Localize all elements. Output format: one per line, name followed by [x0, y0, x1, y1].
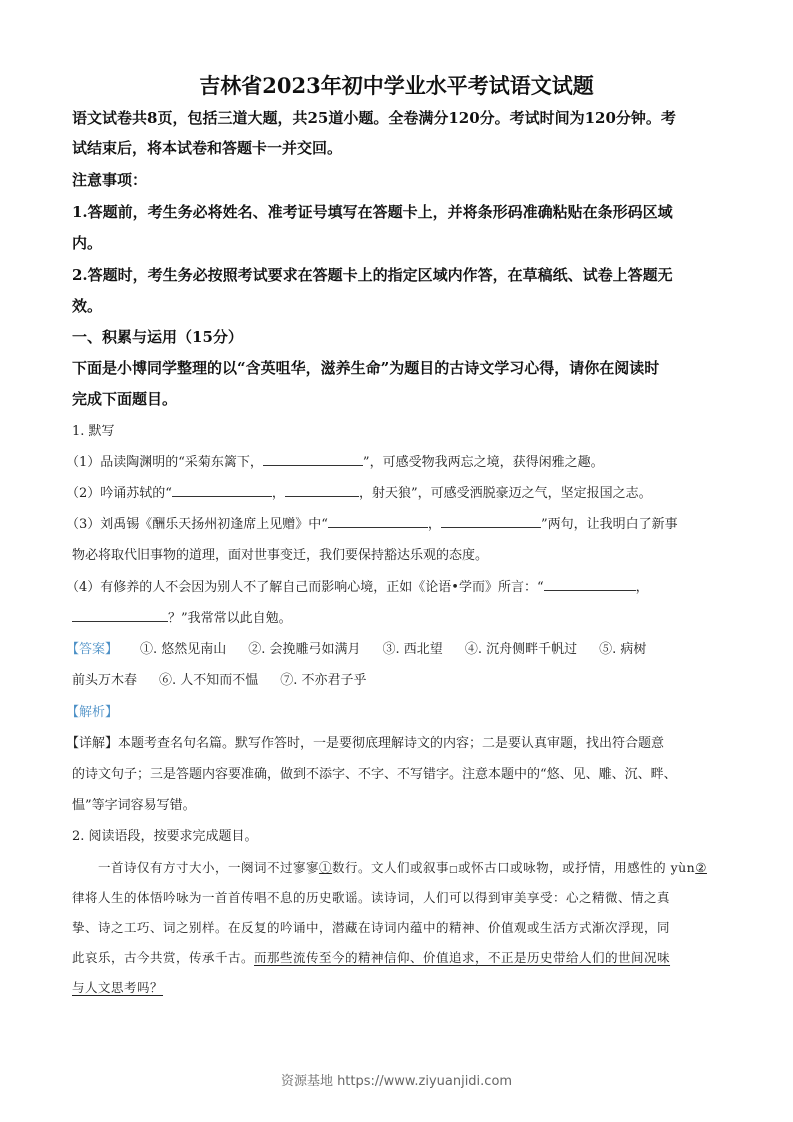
detail-line-2: 的诗文句子；三是答题内容要准确，做到不添字、不字、不写错字。注意本题中的“悠、见… — [72, 759, 722, 790]
blank-marker-1: ① — [319, 860, 332, 875]
question-1-item-4: （4）有修养的人不会因为别人不了解自己而影响心境，正如《论语•学而》所言：“， — [66, 572, 716, 603]
blank-marker-2: ② — [695, 860, 707, 875]
answer-line-2: 前头万木春⑥. 人不知而不愠⑦. 不亦君子乎 — [72, 665, 722, 696]
passage-text: 或咏物，或抒情，用感性的 yùn — [510, 860, 695, 875]
underlined-sentence-end: 与人文思考吗？ — [72, 980, 163, 995]
question-1-item-3-line-2: 物必将取代旧事物的道理，面对世事变迁，我们要保持豁达乐观的态度。 — [72, 540, 722, 571]
q1-item-1-post: ”，可感受物我两忘之境，获得闲雅之趣。 — [363, 455, 604, 470]
passage-line-1: 一首诗仅有方寸大小，一阕词不过寥寥①数行。文人们或叙事□或怀古口或咏物，或抒情，… — [72, 853, 722, 885]
section-1-lead-line-2: 完成下面题目。 — [72, 384, 722, 414]
notice-2-line-1: 2.答题时，考生务必按照考试要求在答题卡上的指定区域内作答，在草稿纸、试卷上答题… — [72, 260, 722, 290]
section-1-lead-line-1: 下面是小博同学整理的以“含英咀华，滋养生命”为题目的古诗文学习心得，请你在阅读时 — [72, 353, 722, 383]
question-1-item-4-line-2: ？”我常常以此自勉。 — [72, 603, 722, 634]
underlined-sentence: 而那些流传至今的精神信仰、价值追求，不正是历史带给人们的世间况味 — [254, 950, 670, 965]
answer-4: ④. 沉舟侧畔千帆过 — [465, 642, 577, 657]
answer-3: ③. 西北望 — [383, 642, 443, 657]
q1-item-3-pre: （3）刘禹锡《酬乐天扬州初逢席上见赠》中“ — [66, 517, 328, 532]
answer-6: ⑥. 人不知而不愠 — [159, 673, 258, 688]
question-1-item-2: （2）吟诵苏轼的“，，射天狼”，可感受洒脱豪迈之气，坚定报国之志。 — [66, 478, 716, 509]
passage-line-5: 与人文思考吗？ — [72, 973, 722, 1003]
notice-2-line-2: 效。 — [72, 291, 722, 321]
answer-blank-5[interactable] — [441, 513, 541, 528]
passage-line-2: 律将人生的体悟吟咏为一首首传唱不息的历史歌谣。读诗词，人们可以得到审美享受：心之… — [72, 883, 722, 913]
q1-item-2-mid: ， — [272, 486, 285, 501]
section-1-heading: 一、积累与运用（15分） — [72, 322, 722, 352]
answer-5-part-1: ⑤. 病树 — [599, 642, 646, 657]
document-title: 吉林省2023年初中学业水平考试语文试题 — [0, 70, 793, 100]
intro-line-2: 试结束后，将本试卷和答题卡一并交回。 — [72, 133, 722, 163]
notice-heading: 注意事项： — [72, 165, 722, 195]
answer-5-part-2: 前头万木春 — [72, 673, 137, 688]
answer-7: ⑦. 不亦君子乎 — [280, 673, 366, 688]
question-1-label: 1. 默写 — [72, 416, 722, 447]
q1-item-4-line2-post: ？”我常常以此自勉。 — [168, 611, 292, 626]
answer-line-1: 【答案】①. 悠然见南山②. 会挽雕弓如满月③. 西北望④. 沉舟侧畔千帆过⑤.… — [66, 634, 716, 665]
question-2-label: 2. 阅读语段，按要求完成题目。 — [72, 821, 722, 852]
question-1-item-1: （1）品读陶渊明的“采菊东篱下，”，可感受物我两忘之境，获得闲雅之趣。 — [66, 447, 716, 478]
q1-item-2-post: ，射天狼”，可感受洒脱豪迈之气，坚定报国之志。 — [359, 486, 652, 501]
q1-item-3-mid: ， — [428, 517, 441, 532]
punctuation-box-2: 口 — [497, 860, 510, 875]
detail-line-3: 愠”等字词容易写错。 — [72, 790, 722, 821]
footer-watermark: 资源基地 https://www.ziyuanjidi.com — [0, 1070, 793, 1089]
passage-text: 此哀乐，古今共赏，传承千古。 — [72, 950, 254, 965]
intro-line-1: 语文试卷共8页，包括三道大题，共25道小题。全卷满分120分。考试时间为120分… — [72, 103, 722, 133]
answer-blank-7[interactable] — [72, 607, 168, 622]
answer-1: ①. 悠然见南山 — [140, 642, 226, 657]
notice-1-line-1: 1.答题前，考生务必将姓名、准考证号填写在答题卡上，并将条形码准确粘贴在条形码区… — [72, 197, 722, 227]
passage-text: 数行。文人们或叙事 — [332, 860, 449, 875]
q1-item-2-pre: （2）吟诵苏轼的“ — [66, 486, 172, 501]
answer-blank-4[interactable] — [328, 513, 428, 528]
passage-line-4: 此哀乐，古今共赏，传承千古。而那些流传至今的精神信仰、价值追求，不正是历史带给人… — [72, 943, 722, 973]
answer-2: ②. 会挽雕弓如满月 — [248, 642, 360, 657]
passage-text: 或怀古 — [458, 860, 497, 875]
detail-line-1: 【详解】本题考查名句名篇。默写作答时，一是要彻底理解诗文的内容；二是要认真审题，… — [66, 728, 716, 759]
question-1-item-3: （3）刘禹锡《酬乐天扬州初逢席上见赠》中“，”两句，让我明白了新事 — [66, 509, 716, 540]
answer-blank-2[interactable] — [172, 482, 272, 497]
notice-1-line-2: 内。 — [72, 228, 722, 258]
punctuation-box-1: □ — [449, 865, 458, 875]
q1-item-1-pre: （1）品读陶渊明的“采菊东篱下， — [66, 455, 263, 470]
analysis-label: 【解析】 — [66, 697, 716, 728]
answer-label: 【答案】 — [66, 642, 118, 657]
passage-text: 一首诗仅有方寸大小，一阕词不过寥寥 — [98, 860, 319, 875]
answer-blank-3[interactable] — [285, 482, 359, 497]
q1-item-3-post: ”两句，让我明白了新事 — [541, 517, 678, 532]
passage-line-3: 挚、诗之工巧、词之别样。在反复的吟诵中，潜藏在诗词内蕴中的精神、价值观或生活方式… — [72, 913, 722, 943]
q1-item-4-pre: （4）有修养的人不会因为别人不了解自己而影响心境，正如《论语•学而》所言：“ — [66, 580, 544, 595]
answer-blank-1[interactable] — [263, 451, 363, 466]
q1-item-4-post: ， — [636, 580, 649, 595]
answer-blank-6[interactable] — [544, 576, 636, 591]
